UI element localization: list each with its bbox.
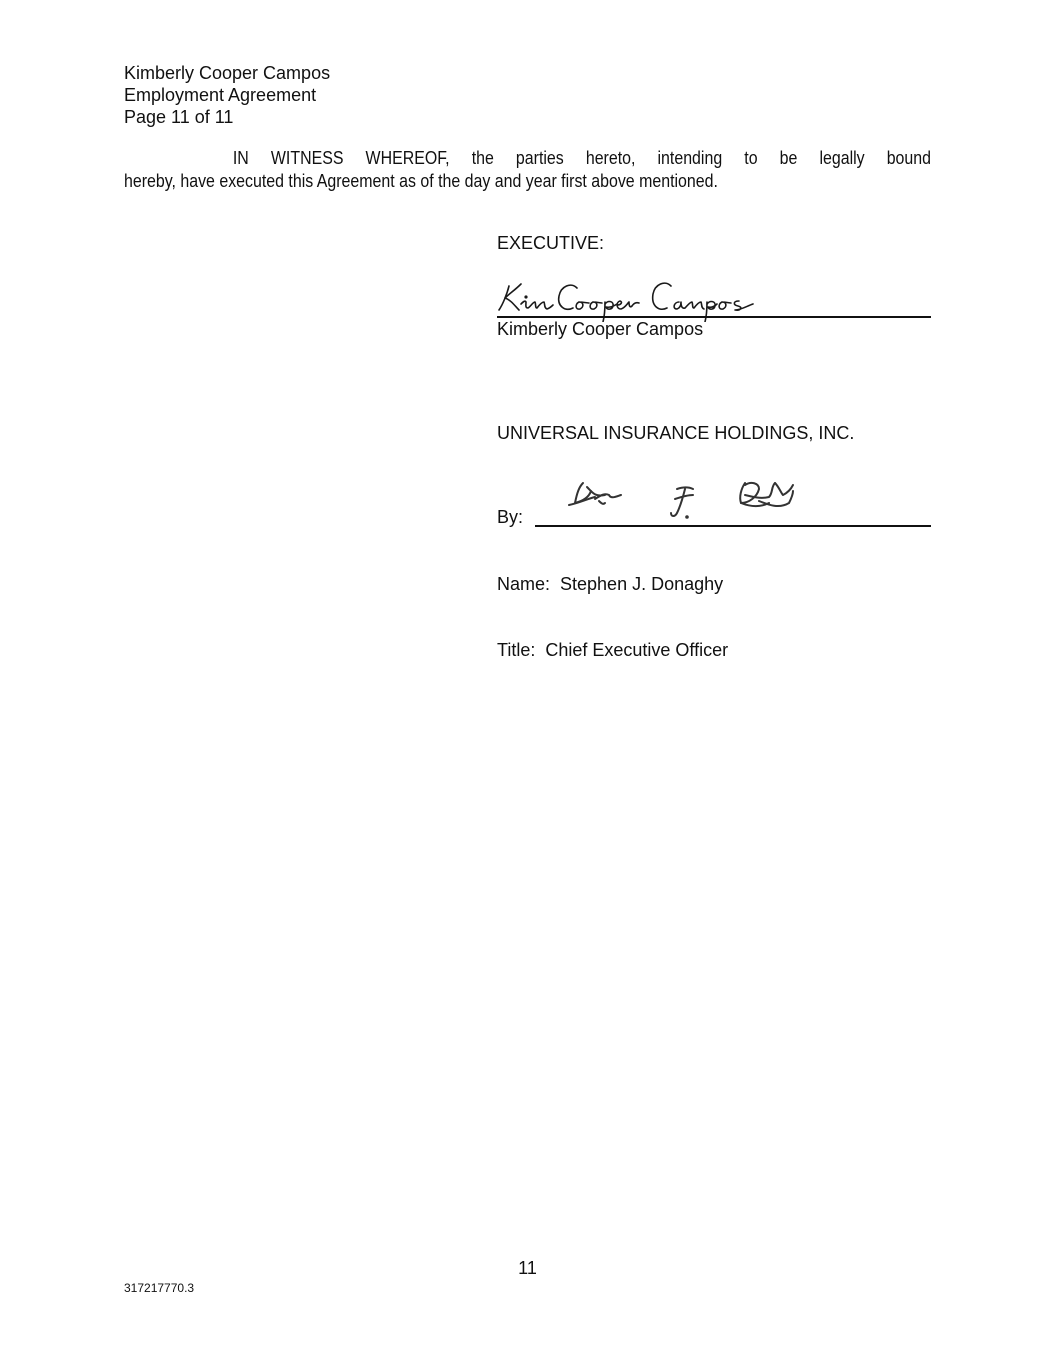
executive-printed-name: Kimberly Cooper Campos <box>497 319 703 340</box>
header-document-title: Employment Agreement <box>124 84 330 106</box>
signatory-title: Title: Chief Executive Officer <box>497 639 728 661</box>
witness-line-1: IN WITNESS WHEREOF, the parties hereto, … <box>124 147 931 170</box>
executive-signature-line <box>497 316 931 318</box>
company-signature <box>565 473 825 523</box>
company-signature-line <box>535 525 931 527</box>
signatory-name: Name: Stephen J. Donaghy <box>497 573 728 595</box>
witness-line-2: hereby, have executed this Agreement as … <box>124 170 838 193</box>
executive-label: EXECUTIVE: <box>497 233 604 254</box>
by-label: By: <box>497 507 523 528</box>
page-number: 11 <box>0 1258 1055 1279</box>
page-number-text: 11 <box>518 1258 537 1278</box>
document-id: 317217770.3 <box>124 1281 194 1295</box>
witness-paragraph: IN WITNESS WHEREOF, the parties hereto, … <box>124 147 931 192</box>
signatory-block: Name: Stephen J. Donaghy Title: Chief Ex… <box>497 529 728 683</box>
company-name: UNIVERSAL INSURANCE HOLDINGS, INC. <box>497 423 854 444</box>
header-party-name: Kimberly Cooper Campos <box>124 62 330 84</box>
header-page-indicator: Page 11 of 11 <box>124 106 330 128</box>
executive-signature <box>495 272 765 322</box>
document-header: Kimberly Cooper Campos Employment Agreem… <box>124 62 330 128</box>
